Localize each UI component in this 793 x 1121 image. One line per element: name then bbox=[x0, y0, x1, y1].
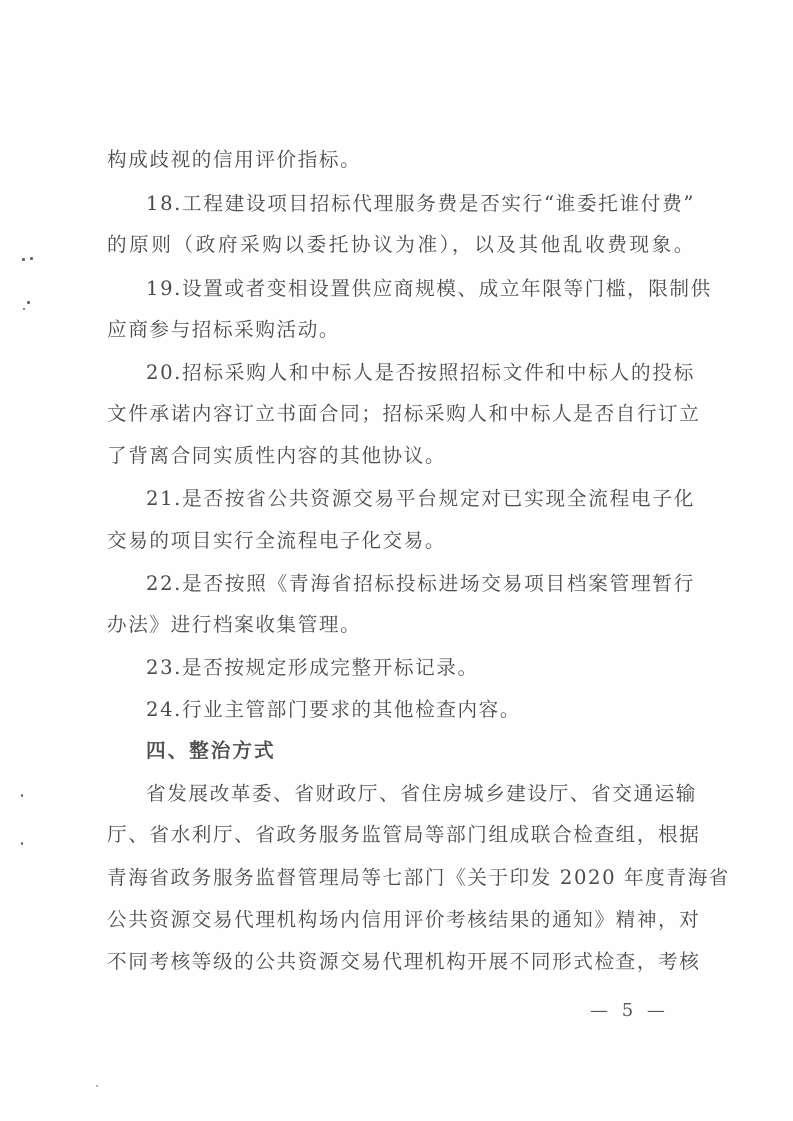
item-22-line-2: 办法》进行档案收集管理。 bbox=[107, 613, 695, 637]
text-line-1: 构成歧视的信用评价指标。 bbox=[107, 148, 695, 172]
item-21-line-2: 交易的项目实行全流程电子化交易。 bbox=[107, 529, 695, 553]
item-23: 23.是否按规定形成完整开标记录。 bbox=[146, 656, 695, 680]
scan-speck bbox=[21, 794, 23, 797]
item-20-line-2: 文件承诺内容订立书面合同；招标采购人和中标人是否自行订立 bbox=[107, 402, 695, 426]
paragraph-line-5: 不同考核等级的公共资源交易代理机构开展不同形式检查，考核 bbox=[107, 950, 695, 974]
scan-speck bbox=[96, 1085, 98, 1087]
item-19-line-1: 19.设置或者变相设置供应商规模、成立年限等门槛，限制供 bbox=[146, 277, 695, 301]
paragraph-line-2: 厅、省水利厅、省政务服务监管局等部门组成联合检查组，根据 bbox=[107, 823, 695, 847]
item-20-line-3: 了背离合同实质性内容的其他协议。 bbox=[107, 444, 695, 468]
paragraph-line-3: 青海省政务服务监督管理局等七部门《关于印发 2020 年度青海省 bbox=[107, 866, 695, 890]
item-24: 24.行业主管部门要求的其他检查内容。 bbox=[146, 698, 695, 722]
item-18-line-1: 18.工程建设项目招标代理服务费是否实行“谁委托谁付费” bbox=[146, 192, 695, 216]
item-18-line-2: 的原则（政府采购以委托协议为准），以及其他乱收费现象。 bbox=[107, 233, 695, 257]
scan-speck bbox=[30, 257, 33, 260]
scan-speck bbox=[22, 258, 25, 261]
document-page: 构成歧视的信用评价指标。 18.工程建设项目招标代理服务费是否实行“谁委托谁付费… bbox=[0, 0, 793, 1121]
item-22-line-1: 22.是否按照《青海省招标投标进场交易项目档案管理暂行 bbox=[146, 572, 695, 596]
paragraph-line-1: 省发展改革委、省财政厅、省住房城乡建设厅、省交通运输 bbox=[146, 782, 695, 806]
scan-speck bbox=[23, 308, 25, 310]
page-number: — 5 — bbox=[590, 1000, 669, 1021]
item-19-line-2: 应商参与招标采购活动。 bbox=[107, 318, 695, 342]
scan-speck bbox=[21, 842, 23, 845]
section-heading-rectification-method: 四、整治方式 bbox=[146, 739, 695, 763]
item-20-line-1: 20.招标采购人和中标人是否按照招标文件和中标人的投标 bbox=[146, 361, 695, 385]
scan-speck bbox=[27, 301, 30, 304]
paragraph-line-4: 公共资源交易代理机构场内信用评价考核结果的通知》精神，对 bbox=[107, 908, 695, 932]
item-21-line-1: 21.是否按省公共资源交易平台规定对已实现全流程电子化 bbox=[146, 487, 695, 511]
